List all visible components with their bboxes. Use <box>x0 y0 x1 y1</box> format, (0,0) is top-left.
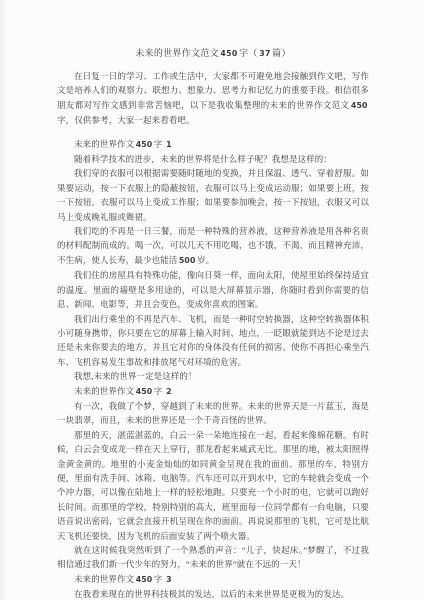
essay-paragraph: 在我看来现在的世界科技极其的发达，以后的未来世界是更极为的发达。 <box>57 587 369 600</box>
essay-section-1: 未来的世界作文450字 1 随着科学技术的进步，未来的世界将是什么样子呢？我想是… <box>57 137 369 384</box>
essay-paragraph: 我想,未来的世界一定是这样的！ <box>57 369 369 383</box>
essay-paragraph: 我们住的房屋具有特殊功能，像向日葵一样，面向太阳，使屋里始终保持适宜的温度。里面… <box>57 268 369 311</box>
document-page: 未来的世界作文范文450字（37篇） 在日复一日的学习、工作或生活中，大家都不可… <box>0 0 424 600</box>
essay-paragraph: 我们穿的衣服可以根据需要随时随地的变换，并且保温、透气、穿着舒服。如果要运动，按… <box>57 166 369 224</box>
essay-section-2: 未来的世界作文450字 2 有一次，我做了个梦，穿越到了未来的世界。未来的世界天… <box>57 384 369 572</box>
essay-paragraph: 就在这时候我突然听到了一个熟悉的声音：“儿子，快起床。”梦醒了，不过我相信通过我… <box>57 543 369 572</box>
essay-paragraph: 有一次，我做了个梦，穿越到了未来的世界。未来的世界天是一片蓝玉，海是一块翡翠，而… <box>57 399 369 428</box>
essay-paragraph: 随着科学技术的进步，未来的世界将是什么样子呢？我想是这样的： <box>57 152 369 166</box>
essay-3-heading: 未来的世界作文450字 3 <box>57 572 369 587</box>
essay-2-heading: 未来的世界作文450字 2 <box>57 384 369 399</box>
document-title: 未来的世界作文范文450字（37篇） <box>57 47 369 60</box>
essay-paragraph: 那里的天，湛蓝湛蓝的，白云一朵一朵地连接在一起，看起来像棉花糖。有时候，白云会变… <box>57 428 369 543</box>
essay-1-heading: 未来的世界作文450字 1 <box>57 137 369 152</box>
essay-paragraph: 我们吃的不再是一日三餐，而是一种特殊的营养液，这种营养液是用各种名贵的材料配制而… <box>57 224 369 268</box>
essay-paragraph: 我们出行乘坐的不再是汽车、飞机，而是一种时空转换器，这种空转换器体积小可随身携带… <box>57 312 369 370</box>
essay-section-3: 未来的世界作文450字 3 在我看来现在的世界科技极其的发达，以后的未来世界是更… <box>57 572 369 600</box>
intro-paragraph: 在日复一日的学习、工作或生活中，大家都不可避免地会接触到作文吧，写作文是培养人们… <box>57 69 369 128</box>
